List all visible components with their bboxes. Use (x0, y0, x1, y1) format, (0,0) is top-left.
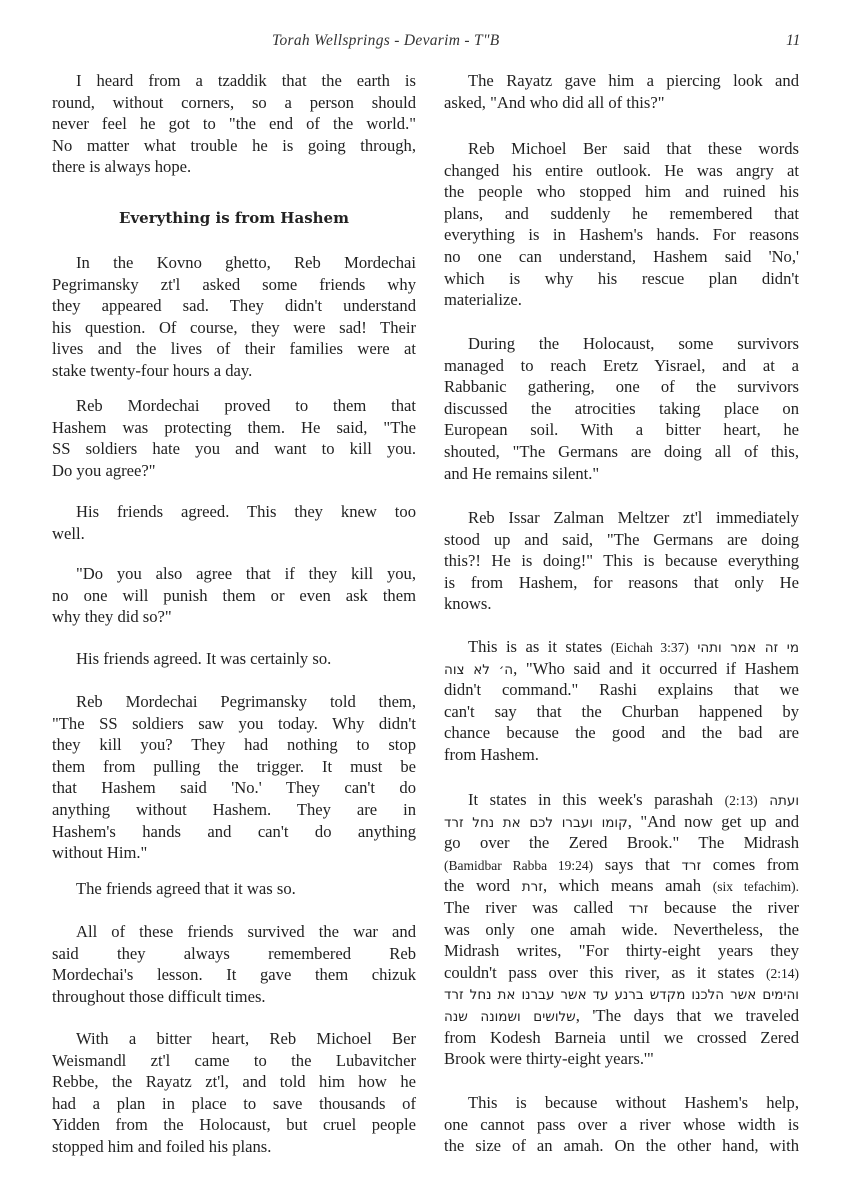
text-line: It states in this week's parashah (2:13)… (444, 789, 799, 811)
text-line: discussed the atrocities taking place on (444, 398, 799, 420)
text-line: Pegrimansky zt'l asked some friends why (52, 274, 416, 296)
text-line: anything without Hashem. They are in (52, 799, 416, 821)
text-line: the people who stopped him and ruined hi… (444, 181, 799, 203)
text-line: throughout those difficult times. (52, 986, 416, 1008)
text: , which means amah (543, 876, 713, 895)
text-line: materialize. (444, 289, 799, 311)
text-line: "The SS soldiers saw you today. Why didn… (52, 713, 416, 735)
text-line: With a bitter heart, Reb Michoel Ber (52, 1028, 416, 1050)
paragraph-without-hashems-help: This is because without Hashem's help, o… (444, 1092, 799, 1157)
hebrew-text: זרת (522, 879, 543, 895)
paragraph-rayatz-piercing-look: The Rayatz gave him a piercing look and … (444, 70, 799, 113)
text-line: why they did so?" (52, 606, 416, 628)
text-line: I heard from a tzaddik that the earth is (52, 70, 416, 92)
text-line: Weismandl zt'l came to the Lubavitcher (52, 1050, 416, 1072)
text-line: never feel he got to "the end of the wor… (52, 113, 416, 135)
running-title: Torah Wellsprings - Devarim - T"B (272, 32, 500, 50)
text: says that (593, 855, 681, 874)
text: , 'The days that we traveled (576, 1006, 799, 1025)
text-line: During the Holocaust, some survivors (444, 333, 799, 355)
source-reference: (2:13) (725, 793, 758, 808)
text-line: His friends agreed. It was certainly so. (52, 648, 416, 670)
page-header: Torah Wellsprings - Devarim - T"B 11 (0, 30, 849, 54)
text-line: Reb Michoel Ber said that these words (444, 138, 799, 160)
paragraph-friends-agreed-2: His friends agreed. It was certainly so. (52, 648, 416, 670)
text-line: The Rayatz gave him a piercing look and (444, 70, 799, 92)
text: , "And now get up and (628, 812, 799, 831)
text-line: can't say that the Churban happened by (444, 701, 799, 723)
text-line: Brook were thirty-eight years.'" (444, 1048, 799, 1070)
text-line: The friends agreed that it was so. (52, 878, 416, 900)
text-line: no one will punish them or even ask them (52, 585, 416, 607)
text: because the river (648, 898, 799, 917)
hebrew-text: זרד (629, 901, 649, 917)
section-heading: Everything is from Hashem (52, 208, 416, 230)
text-line: stake twenty-four hours a day. (52, 360, 416, 382)
text: couldn't pass over this river, as it sta… (444, 963, 766, 982)
text-line: asked, "And who did all of this?" (444, 92, 799, 114)
text-line: there is always hope. (52, 156, 416, 178)
text-line: had a plan in place to save thousands of (52, 1093, 416, 1115)
text-line: go over the Zered Brook." The Midrash (444, 832, 799, 854)
text-line: Reb Mordechai proved to them that (52, 395, 416, 417)
paragraph-pegrimansky-told-them: Reb Mordechai Pegrimansky told them, "Th… (52, 691, 416, 864)
text-line: Reb Mordechai Pegrimansky told them, (52, 691, 416, 713)
text-line: Hashem's hands and can't do anything (52, 821, 416, 843)
source-reference: (Eichah 3:37) (611, 640, 689, 655)
text-line: them from pulling the trigger. It must b… (52, 756, 416, 778)
hebrew-text: שלושים ושמונה שנה (444, 1009, 576, 1025)
text-line: Midrash writes, "For thirty-eight years … (444, 940, 799, 962)
paragraph-friends-agreed-3: The friends agreed that it was so. (52, 878, 416, 900)
text-line: that Hashem said 'No.' They can't do (52, 777, 416, 799)
text: The river was called (444, 898, 629, 917)
text-line: didn't command." Rashi explains that we (444, 679, 799, 701)
text-line: European soil. With a bitter heart, he (444, 419, 799, 441)
text: , "Who said and it occurred if Hashem (513, 659, 799, 678)
text-line: In the Kovno ghetto, Reb Mordechai (52, 252, 416, 274)
text-line: Hashem was protecting them. He said, "Th… (52, 417, 416, 439)
source-reference: (Bamidbar Rabba 19:24) (444, 858, 593, 873)
text-line: "Do you also agree that if they kill you… (52, 563, 416, 585)
text-line: which is why his rescue plan didn't (444, 268, 799, 290)
hebrew-text: ה׳ לא צוה (444, 662, 513, 678)
text-line: changed his entire outlook. He was angry… (444, 160, 799, 182)
text-line: is from Hashem, for reasons that only He (444, 572, 799, 594)
paragraph-michoel-ber-outlook: Reb Michoel Ber said that these words ch… (444, 138, 799, 311)
text-line: Rebbe, the Rayatz zt'l, and told him how… (52, 1071, 416, 1093)
text-line: from Hashem. (444, 744, 799, 766)
hebrew-text: והימים אשר הלכנו מקדש ברנע עד אשר עברנו … (444, 987, 799, 1003)
text-line: Do you agree?" (52, 460, 416, 482)
text-line: from Kodesh Barneia until we crossed Zer… (444, 1027, 799, 1049)
text-line: round, without corners, so a person shou… (52, 92, 416, 114)
text-line: everything is in Hashem's hands. For rea… (444, 224, 799, 246)
hebrew-text: קומו ועברו לכם את נחל זרד (444, 815, 628, 831)
text-line: managed to reach Eretz Yisrael, and at a (444, 355, 799, 377)
text-line: והימים אשר הלכנו מקדש ברנע עד אשר עברנו … (444, 983, 799, 1005)
text: This is as it states (468, 637, 611, 656)
paragraph-holocaust-survivors: During the Holocaust, some survivors man… (444, 333, 799, 484)
paragraph-kovno-ghetto: In the Kovno ghetto, Reb Mordechai Pegri… (52, 252, 416, 382)
source-reference: (six tefachim). (713, 879, 799, 894)
page-number: 11 (786, 32, 800, 50)
text-line: without Him." (52, 842, 416, 864)
text-line: stood up and said, "The Germans are doin… (444, 529, 799, 551)
text-line: said they always remembered Reb (52, 943, 416, 965)
text: comes from (701, 855, 799, 874)
text-line: SS soldiers hate you and want to kill yo… (52, 438, 416, 460)
text-line: Reb Issar Zalman Meltzer zt'l immediatel… (444, 507, 799, 529)
paragraph-reb-mordechai-proved: Reb Mordechai proved to them that Hashem… (52, 395, 416, 481)
text-line: no one can understand, Hashem said 'No,' (444, 246, 799, 268)
text-line: This is as it states (Eichah 3:37) מי זה… (444, 636, 799, 658)
paragraph-zered-brook: It states in this week's parashah (2:13)… (444, 789, 799, 1070)
paragraph-tzaddik-earth-round: I heard from a tzaddik that the earth is… (52, 70, 416, 178)
text-line: קומו ועברו לכם את נחל זרד, "And now get … (444, 811, 799, 833)
text-line: No matter what trouble he is going throu… (52, 135, 416, 157)
text-line: chance because the good and the bad are (444, 722, 799, 744)
paragraph-do-you-also-agree: "Do you also agree that if they kill you… (52, 563, 416, 628)
text-line: This is because without Hashem's help, (444, 1092, 799, 1114)
text-line: lives and the lives of their families we… (52, 338, 416, 360)
text-line: and He remains silent." (444, 463, 799, 485)
text-line: was only one amah wide. Nevertheless, th… (444, 919, 799, 941)
text-line: the word זרת, which means amah (six tefa… (444, 875, 799, 897)
text-line: knows. (444, 593, 799, 615)
hebrew-text: ועתה (769, 793, 799, 809)
text-line: this?! He is doing!" This is because eve… (444, 550, 799, 572)
text-line: the size of an amah. On the other hand, … (444, 1135, 799, 1157)
text-line: couldn't pass over this river, as it sta… (444, 962, 799, 984)
source-reference: (2:14) (766, 966, 799, 981)
paragraph-friends-agreed-1: His friends agreed. This they knew too w… (52, 501, 416, 544)
paragraph-issar-zalman-meltzer: Reb Issar Zalman Meltzer zt'l immediatel… (444, 507, 799, 615)
paragraph-friends-survived: All of these friends survived the war an… (52, 921, 416, 1007)
paragraph-weismandl: With a bitter heart, Reb Michoel Ber Wei… (52, 1028, 416, 1158)
text-line: they kill you? They had nothing to stop (52, 734, 416, 756)
text-line: All of these friends survived the war an… (52, 921, 416, 943)
text-line: Yidden from the Holocaust, but cruel peo… (52, 1114, 416, 1136)
text-line: plans, and suddenly he remembered that (444, 203, 799, 225)
text: It states in this week's parashah (468, 790, 725, 809)
text-line: (Bamidbar Rabba 19:24) says that זרד com… (444, 854, 799, 876)
text-line: שלושים ושמונה שנה, 'The days that we tra… (444, 1005, 799, 1027)
text-line: Mordechai's lesson. It gave them chizuk (52, 964, 416, 986)
text-line: His friends agreed. This they knew too (52, 501, 416, 523)
text-line: The river was called זרד because the riv… (444, 897, 799, 919)
text: the word (444, 876, 522, 895)
text-line: well. (52, 523, 416, 545)
text-line: shouted, "The Germans are doing all of t… (444, 441, 799, 463)
text-line: stopped him and foiled his plans. (52, 1136, 416, 1158)
text-line: ה׳ לא צוה, "Who said and it occurred if … (444, 658, 799, 680)
hebrew-text: מי זה אמר ותהי (697, 640, 799, 656)
text-line: his question. Of course, they were sad! … (52, 317, 416, 339)
text-line: one cannot pass over a river whose width… (444, 1114, 799, 1136)
text-line: Rabbanic gathering, one of the survivors (444, 376, 799, 398)
paragraph-eichah-quote: This is as it states (Eichah 3:37) מי זה… (444, 636, 799, 766)
text-line: they appeared sad. They didn't understan… (52, 295, 416, 317)
hebrew-text: זרד (681, 858, 701, 874)
